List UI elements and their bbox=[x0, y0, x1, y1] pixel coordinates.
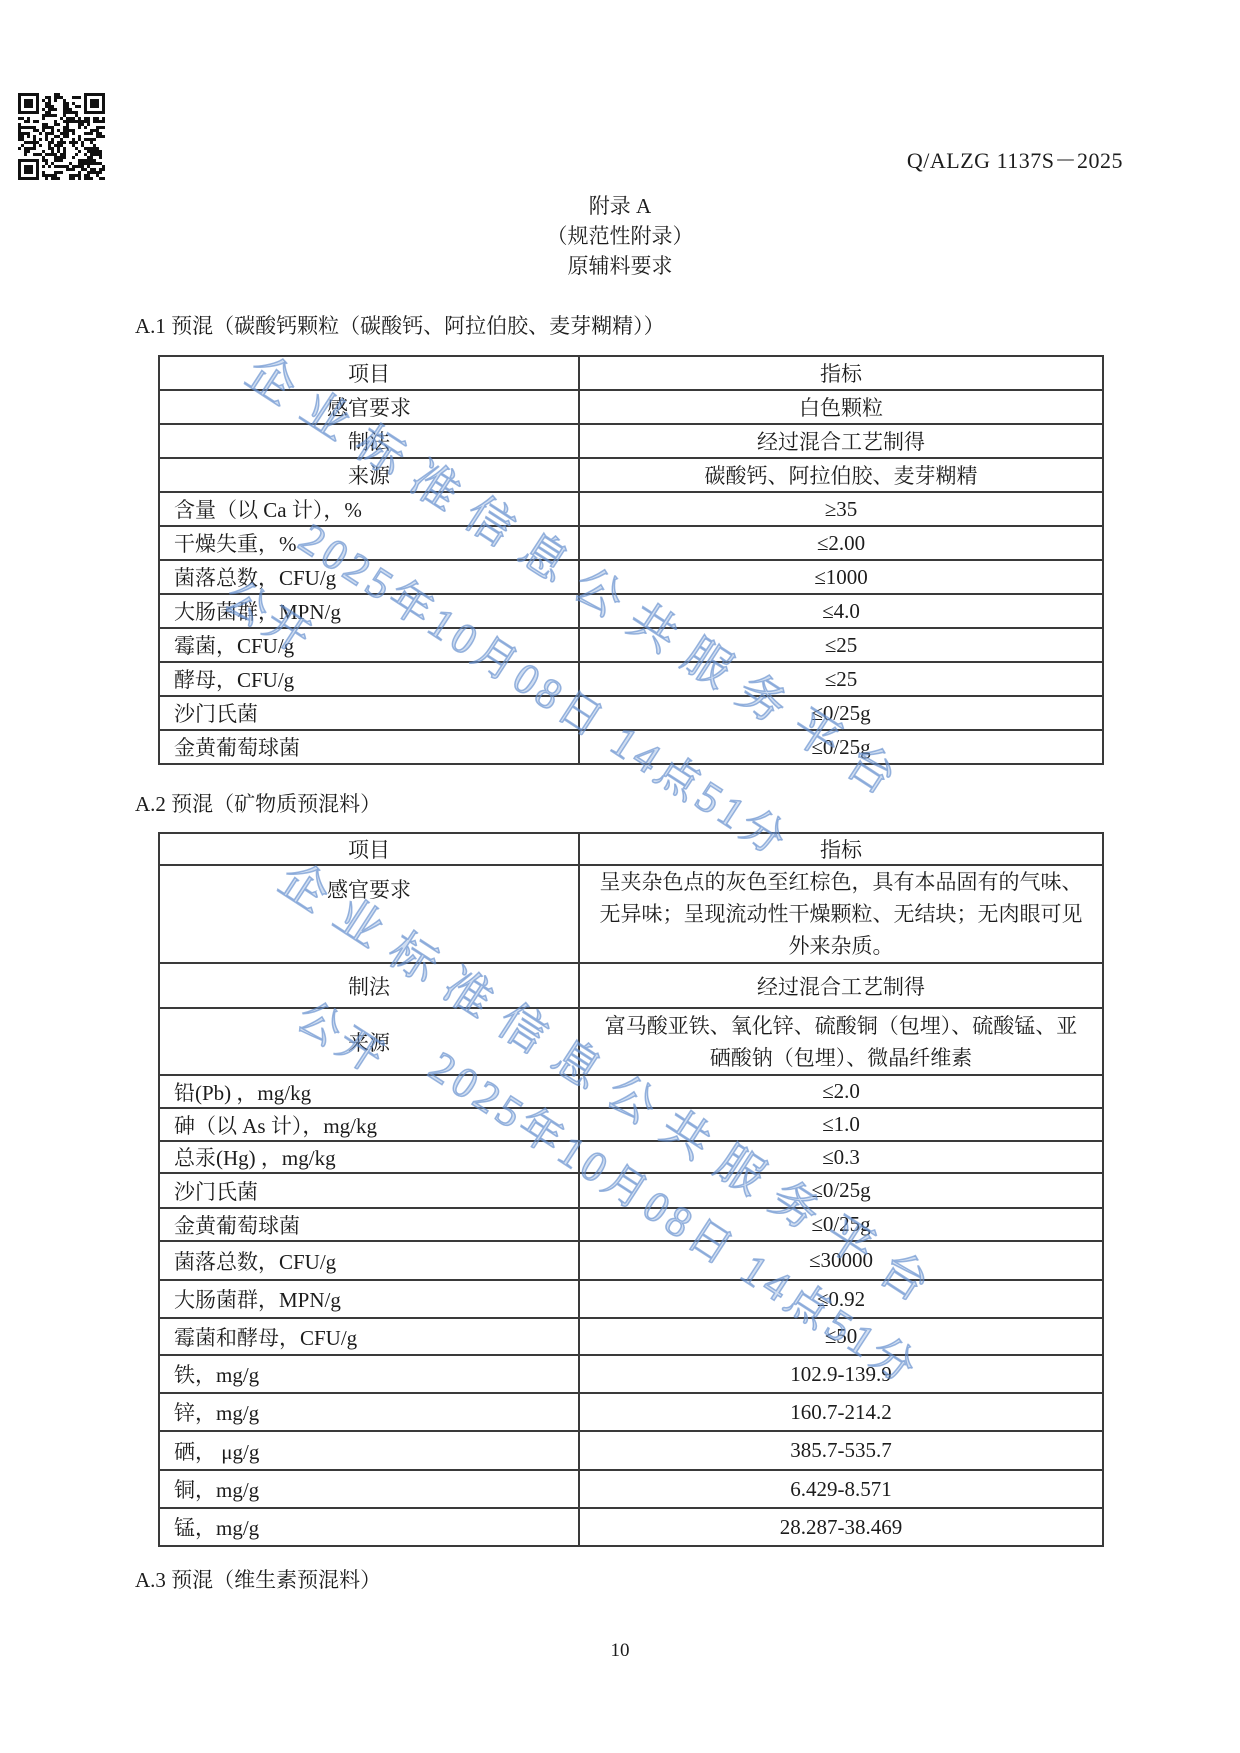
table-row: 感官要求 白色颗粒 bbox=[159, 390, 1103, 424]
table-row: 硒， μg/g 385.7-535.7 bbox=[159, 1431, 1103, 1470]
value-cell: 385.7-535.7 bbox=[579, 1431, 1103, 1470]
value-cell: ≤25 bbox=[579, 662, 1103, 696]
col-header-index: 指标 bbox=[579, 833, 1103, 865]
item-cell: 含量（以 Ca 计），% bbox=[159, 492, 579, 526]
value-line: 无异味；呈现流动性干燥颗粒、无结块；无肉眼可见 bbox=[594, 898, 1088, 930]
value-cell: ≤0/25g bbox=[579, 696, 1103, 730]
item-cell: 硒， μg/g bbox=[159, 1431, 579, 1470]
table-row: 菌落总数，CFU/g ≤30000 bbox=[159, 1241, 1103, 1280]
item-cell: 感官要求 bbox=[159, 865, 579, 963]
table-row: 锰，mg/g 28.287-38.469 bbox=[159, 1508, 1103, 1546]
value-cell: ≤50 bbox=[579, 1318, 1103, 1355]
value-cell: 富马酸亚铁、氧化锌、硫酸铜（包埋）、硫酸锰、亚 硒酸钠（包埋）、微晶纤维素 bbox=[579, 1008, 1103, 1075]
col-header-item: 项目 bbox=[159, 833, 579, 865]
col-header-item: 项目 bbox=[159, 356, 579, 390]
item-cell: 沙门氏菌 bbox=[159, 696, 579, 730]
item-cell: 锌，mg/g bbox=[159, 1393, 579, 1431]
table-row: 感官要求 呈夹杂色点的灰色至红棕色，具有本品固有的气味、 无异味；呈现流动性干燥… bbox=[159, 865, 1103, 963]
table-header-row: 项目 指标 bbox=[159, 833, 1103, 865]
item-cell: 金黄葡萄球菌 bbox=[159, 730, 579, 764]
item-cell: 霉菌，CFU/g bbox=[159, 628, 579, 662]
document-page: Q/ALZG 1137S－2025 附录 A （规范性附录） 原辅料要求 A.1… bbox=[0, 0, 1240, 1753]
value-cell: ≤2.0 bbox=[579, 1075, 1103, 1108]
value-cell: 160.7-214.2 bbox=[579, 1393, 1103, 1431]
value-cell: ≤1000 bbox=[579, 560, 1103, 594]
value-cell: 白色颗粒 bbox=[579, 390, 1103, 424]
table-row: 金黄葡萄球菌 ≤0/25g bbox=[159, 1208, 1103, 1241]
item-cell: 来源 bbox=[159, 1008, 579, 1075]
table-row: 大肠菌群，MPN/g ≤4.0 bbox=[159, 594, 1103, 628]
item-cell: 来源 bbox=[159, 458, 579, 492]
table-row: 霉菌，CFU/g ≤25 bbox=[159, 628, 1103, 662]
value-line: 外来杂质。 bbox=[594, 930, 1088, 962]
table-row: 沙门氏菌 ≤0/25g bbox=[159, 696, 1103, 730]
item-cell: 砷（以 As 计），mg/kg bbox=[159, 1108, 579, 1141]
value-line: 呈夹杂色点的灰色至红棕色，具有本品固有的气味、 bbox=[594, 866, 1088, 898]
value-cell: 102.9-139.9 bbox=[579, 1355, 1103, 1393]
item-cell: 铜，mg/g bbox=[159, 1470, 579, 1508]
item-cell: 总汞(Hg) ，mg/kg bbox=[159, 1141, 579, 1173]
table-header-row: 项目 指标 bbox=[159, 356, 1103, 390]
table-row: 沙门氏菌 ≤0/25g bbox=[159, 1173, 1103, 1208]
table-row: 锌，mg/g 160.7-214.2 bbox=[159, 1393, 1103, 1431]
table-row: 金黄葡萄球菌 ≤0/25g bbox=[159, 730, 1103, 764]
value-cell: ≤2.00 bbox=[579, 526, 1103, 560]
value-line: 富马酸亚铁、氧化锌、硫酸铜（包埋）、硫酸锰、亚 bbox=[594, 1010, 1088, 1042]
table-row: 总汞(Hg) ，mg/kg ≤0.3 bbox=[159, 1141, 1103, 1173]
item-cell: 铅(Pb) ，mg/kg bbox=[159, 1075, 579, 1108]
item-cell: 感官要求 bbox=[159, 390, 579, 424]
item-cell: 霉菌和酵母，CFU/g bbox=[159, 1318, 579, 1355]
table-row: 酵母，CFU/g ≤25 bbox=[159, 662, 1103, 696]
value-cell: 经过混合工艺制得 bbox=[579, 424, 1103, 458]
item-cell: 大肠菌群，MPN/g bbox=[159, 594, 579, 628]
table-row: 大肠菌群，MPN/g ≤0.92 bbox=[159, 1280, 1103, 1318]
item-cell: 制法 bbox=[159, 424, 579, 458]
appendix-subject: 原辅料要求 bbox=[0, 251, 1240, 281]
item-cell: 制法 bbox=[159, 963, 579, 1008]
value-cell: ≤1.0 bbox=[579, 1108, 1103, 1141]
table-row: 制法 经过混合工艺制得 bbox=[159, 424, 1103, 458]
value-cell: ≤25 bbox=[579, 628, 1103, 662]
value-cell: ≤0/25g bbox=[579, 1173, 1103, 1208]
appendix-title: 附录 A bbox=[0, 191, 1240, 221]
table-row: 干燥失重，% ≤2.00 bbox=[159, 526, 1103, 560]
table-row: 来源 碳酸钙、阿拉伯胶、麦芽糊精 bbox=[159, 458, 1103, 492]
item-cell: 金黄葡萄球菌 bbox=[159, 1208, 579, 1241]
value-cell: ≤0/25g bbox=[579, 730, 1103, 764]
value-cell: ≤0/25g bbox=[579, 1208, 1103, 1241]
table-row: 制法 经过混合工艺制得 bbox=[159, 963, 1103, 1008]
value-cell: 经过混合工艺制得 bbox=[579, 963, 1103, 1008]
table-row: 铁，mg/g 102.9-139.9 bbox=[159, 1355, 1103, 1393]
item-cell: 菌落总数，CFU/g bbox=[159, 560, 579, 594]
value-cell: ≤30000 bbox=[579, 1241, 1103, 1280]
table-row: 铜，mg/g 6.429-8.571 bbox=[159, 1470, 1103, 1508]
value-cell: ≤4.0 bbox=[579, 594, 1103, 628]
table-row: 菌落总数，CFU/g ≤1000 bbox=[159, 560, 1103, 594]
standard-number: Q/ALZG 1137S－2025 bbox=[907, 144, 1123, 175]
item-cell: 干燥失重，% bbox=[159, 526, 579, 560]
value-cell: ≤0.3 bbox=[579, 1141, 1103, 1173]
page-number: 10 bbox=[0, 1640, 1240, 1662]
item-cell: 酵母，CFU/g bbox=[159, 662, 579, 696]
table-row: 砷（以 As 计），mg/kg ≤1.0 bbox=[159, 1108, 1103, 1141]
item-cell: 菌落总数，CFU/g bbox=[159, 1241, 579, 1280]
item-cell: 沙门氏菌 bbox=[159, 1173, 579, 1208]
table-row: 含量（以 Ca 计），% ≥35 bbox=[159, 492, 1103, 526]
table-row: 来源 富马酸亚铁、氧化锌、硫酸铜（包埋）、硫酸锰、亚 硒酸钠（包埋）、微晶纤维素 bbox=[159, 1008, 1103, 1075]
appendix-title-block: 附录 A （规范性附录） 原辅料要求 bbox=[0, 191, 1240, 281]
col-header-index: 指标 bbox=[579, 356, 1103, 390]
value-cell: 28.287-38.469 bbox=[579, 1508, 1103, 1546]
item-cell: 大肠菌群，MPN/g bbox=[159, 1280, 579, 1318]
value-cell: 6.429-8.571 bbox=[579, 1470, 1103, 1508]
value-line: 硒酸钠（包埋）、微晶纤维素 bbox=[594, 1042, 1088, 1074]
item-cell: 锰，mg/g bbox=[159, 1508, 579, 1546]
value-cell: ≤0.92 bbox=[579, 1280, 1103, 1318]
table-row: 铅(Pb) ，mg/kg ≤2.0 bbox=[159, 1075, 1103, 1108]
value-cell: 呈夹杂色点的灰色至红棕色，具有本品固有的气味、 无异味；呈现流动性干燥颗粒、无结… bbox=[579, 865, 1103, 963]
table-a2: 项目 指标 感官要求 呈夹杂色点的灰色至红棕色，具有本品固有的气味、 无异味；呈… bbox=[158, 832, 1104, 1547]
table-row: 霉菌和酵母，CFU/g ≤50 bbox=[159, 1318, 1103, 1355]
section-a1-heading: A.1 预混（碳酸钙颗粒（碳酸钙、阿拉伯胶、麦芽糊精）） bbox=[135, 310, 665, 340]
value-cell: 碳酸钙、阿拉伯胶、麦芽糊精 bbox=[579, 458, 1103, 492]
section-a3-heading: A.3 预混（维生素预混料） bbox=[135, 1564, 381, 1594]
item-cell: 铁，mg/g bbox=[159, 1355, 579, 1393]
value-cell: ≥35 bbox=[579, 492, 1103, 526]
qr-code-icon bbox=[18, 93, 105, 180]
section-a2-heading: A.2 预混（矿物质预混料） bbox=[135, 788, 381, 818]
appendix-subtitle: （规范性附录） bbox=[0, 221, 1240, 251]
table-a1: 项目 指标 感官要求 白色颗粒 制法 经过混合工艺制得 来源 碳酸钙、阿拉伯胶、… bbox=[158, 355, 1104, 765]
